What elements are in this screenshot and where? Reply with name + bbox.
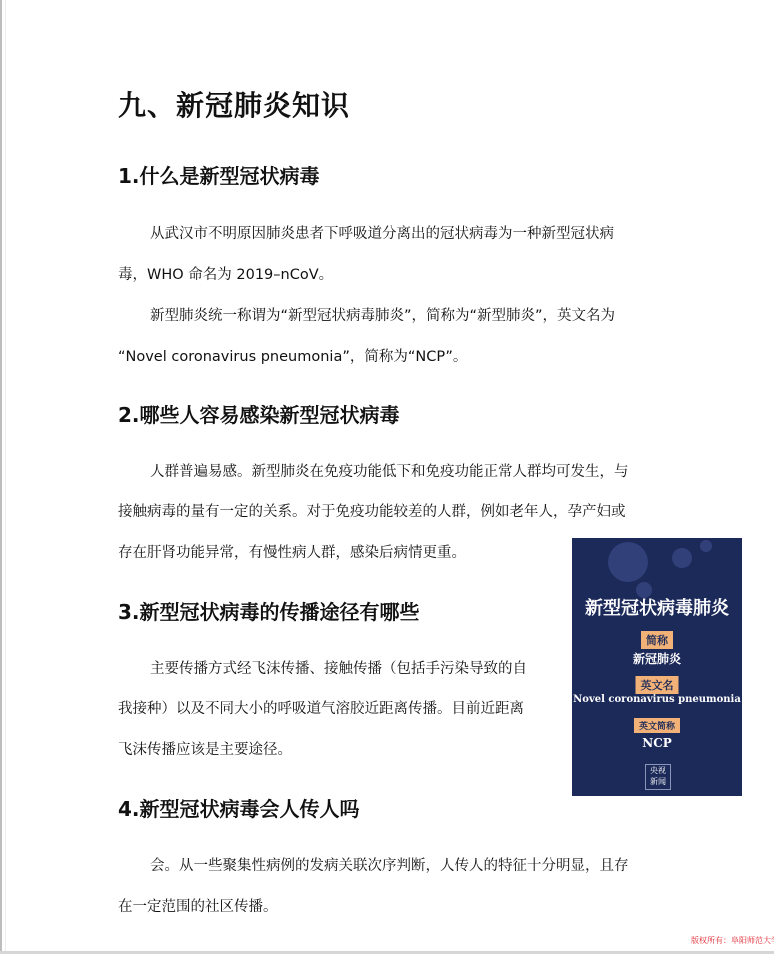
cctv-news-logo: 央视 新闻	[645, 764, 671, 790]
document-page: 九、新冠肺炎知识 1.什么是新型冠状病毒 从武汉市不明原因肺炎患者下呼吸道分离出…	[0, 0, 774, 954]
poster-tag-english-name: 英文名	[636, 676, 679, 694]
section-heading-2: 2.哪些人容易感染新型冠状病毒	[118, 399, 400, 428]
page-title: 九、新冠肺炎知识	[118, 84, 350, 124]
paragraph-line: 会。从一些聚集性病例的发病关联次序判断，人传人的特征十分明显，且存	[118, 854, 629, 875]
paragraph-line: 毒，WHO 命名为 2019–nCoV。	[118, 263, 333, 284]
ncp-info-poster-image: 新型冠状病毒肺炎 简称 新冠肺炎 英文名 Novel coronavirus p…	[572, 538, 742, 796]
section-heading-4: 4.新型冠状病毒会人传人吗	[118, 793, 360, 822]
paragraph-line: 存在肝肾功能异常，有慢性病人群，感染后病情更重。	[118, 541, 466, 562]
paragraph-line: 在一定范围的社区传播。	[118, 895, 278, 916]
virus-illustration-icon	[700, 540, 712, 552]
paragraph-line: 飞沫传播应该是主要途径。	[118, 738, 292, 759]
virus-illustration-icon	[672, 548, 692, 568]
poster-english-abbr: NCP	[572, 736, 742, 750]
paragraph-line: 接触病毒的量有一定的关系。对于免疫功能较差的人群，例如老年人，孕产妇或	[118, 500, 626, 521]
logo-text-bottom: 新闻	[646, 776, 670, 787]
virus-illustration-icon	[608, 542, 648, 582]
section-heading-3: 3.新型冠状病毒的传播途径有哪些	[118, 596, 420, 625]
logo-text-top: 央视	[646, 765, 670, 776]
poster-short-name: 新冠肺炎	[572, 650, 742, 667]
section-heading-1: 1.什么是新型冠状病毒	[118, 160, 320, 189]
paragraph-line: 从武汉市不明原因肺炎患者下呼吸道分离出的冠状病毒为一种新型冠状病	[118, 222, 614, 243]
paragraph-line: 新型肺炎统一称谓为“新型冠状病毒肺炎”，简称为“新型肺炎”，英文名为	[118, 304, 615, 325]
poster-tag-english-abbr: 英文简称	[634, 718, 680, 733]
paragraph-line: “Novel coronavirus pneumonia”，简称为“NCP”。	[118, 345, 467, 366]
copyright-watermark: 版权所有：阜阳师范大学	[691, 935, 774, 946]
paragraph-line: 人群普遍易感。新型肺炎在免疫功能低下和免疫功能正常人群均可发生，与	[118, 460, 629, 481]
poster-tag-short-name: 简称	[641, 631, 673, 649]
paragraph-line: 我接种）以及不同大小的呼吸道气溶胶近距离传播。目前近距离	[118, 697, 524, 718]
poster-title: 新型冠状病毒肺炎	[572, 594, 742, 620]
paragraph-line: 主要传播方式经飞沫传播、接触传播（包括手污染导致的自	[118, 657, 527, 678]
poster-english-name: Novel coronavirus pneumonia	[572, 694, 742, 705]
